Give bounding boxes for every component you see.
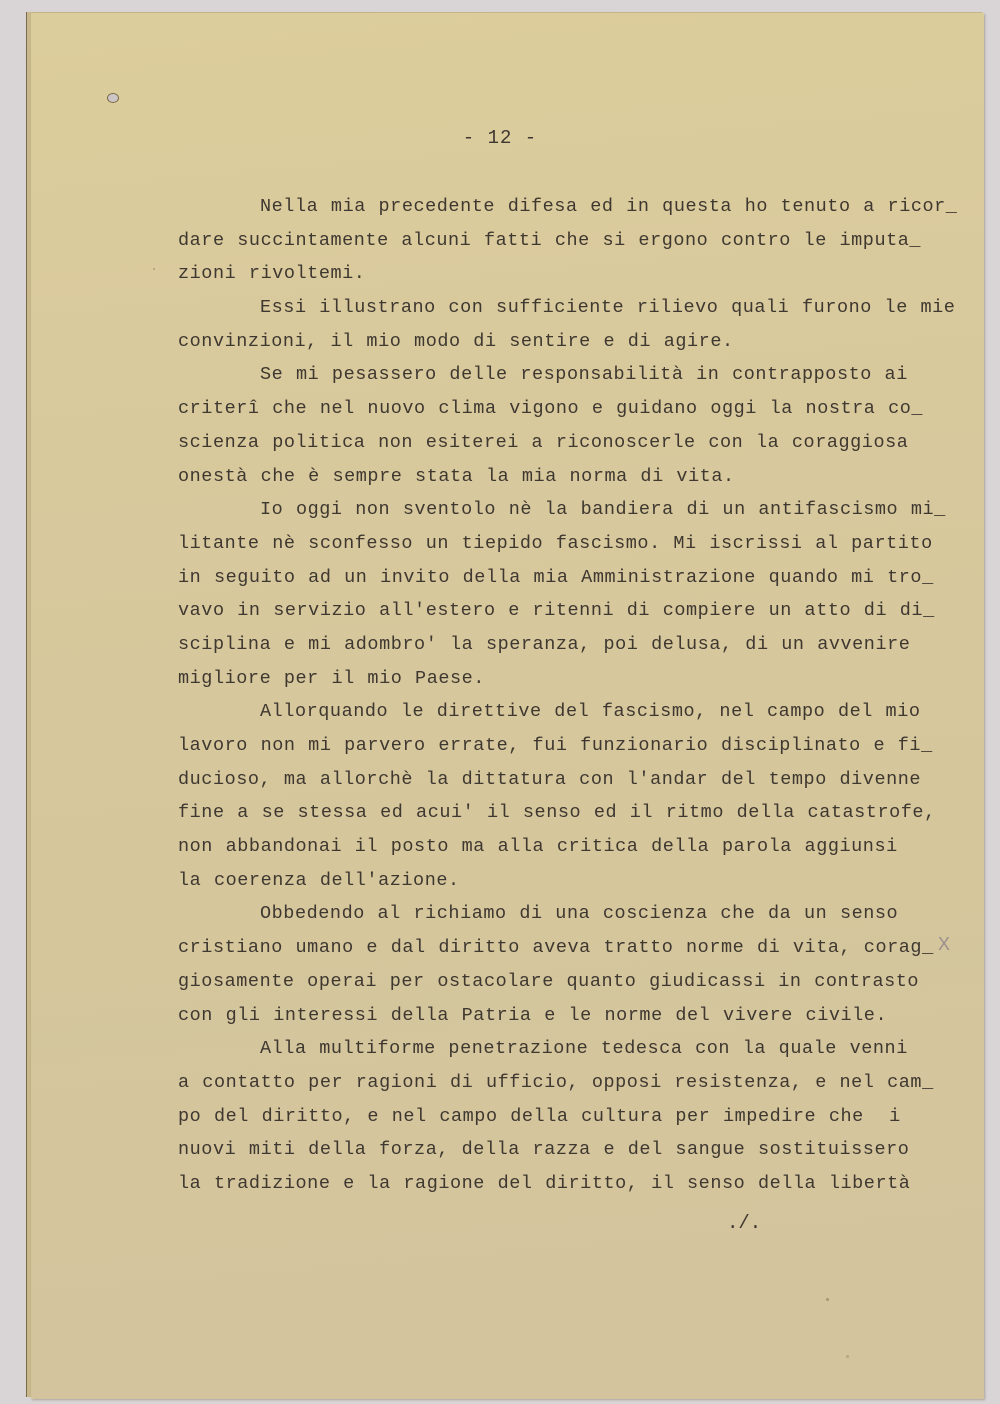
punch-hole	[107, 93, 119, 103]
text-line: nuovi miti della forza, della razza e de…	[178, 1133, 968, 1167]
text-line: Nella mia precedente difesa ed in questa…	[178, 190, 968, 224]
text-line: scienza politica non esiterei a riconosc…	[178, 426, 968, 460]
text-line: la tradizione e la ragione del diritto, …	[178, 1167, 968, 1201]
typed-body-text: Nella mia precedente difesa ed in questa…	[178, 190, 968, 1201]
paper-speck	[153, 268, 155, 270]
text-line: sciplina e mi adombro' la speranza, poi …	[178, 628, 968, 662]
paragraph: Io oggi non sventolo nè la bandiera di u…	[178, 493, 968, 695]
paragraph: Alla multiforme penetrazione tedesca con…	[178, 1032, 968, 1200]
text-line: vavo in servizio all'estero e ritenni di…	[178, 594, 968, 628]
text-line: onestà che è sempre stata la mia norma d…	[178, 460, 968, 494]
text-line: zioni rivoltemi.	[178, 257, 968, 291]
text-line: criterî che nel nuovo clima vigono e gui…	[178, 392, 968, 426]
text-line: Alla multiforme penetrazione tedesca con…	[178, 1032, 968, 1066]
text-line: Obbedendo al richiamo di una coscienza c…	[178, 897, 968, 931]
continuation-mark: ./.	[727, 1212, 761, 1234]
paragraph: Allorquando le direttive del fascismo, n…	[178, 695, 968, 897]
text-line: ducioso, ma allorchè la dittatura con l'…	[178, 763, 968, 797]
text-line: litante nè sconfesso un tiepido fascismo…	[178, 527, 968, 561]
paper-speck	[846, 1355, 849, 1358]
margin-x-mark: X	[938, 934, 950, 955]
text-line: migliore per il mio Paese.	[178, 662, 968, 696]
text-line: po del diritto, e nel campo della cultur…	[178, 1100, 968, 1134]
paragraph: Obbedendo al richiamo di una coscienza c…	[178, 897, 968, 1032]
text-line: Se mi pesassero delle responsabilità in …	[178, 358, 968, 392]
page-number: - 12 -	[0, 127, 1000, 149]
text-line: in seguito ad un invito della mia Ammini…	[178, 561, 968, 595]
text-line: cristiano umano e dal diritto aveva trat…	[178, 931, 968, 965]
text-line: la coerenza dell'azione.	[178, 864, 968, 898]
text-line: a contatto per ragioni di ufficio, oppos…	[178, 1066, 968, 1100]
paragraph: Se mi pesassero delle responsabilità in …	[178, 358, 968, 493]
paper-speck	[826, 1298, 829, 1301]
text-line: giosamente operai per ostacolare quanto …	[178, 965, 968, 999]
text-line: fine a se stessa ed acui' il senso ed il…	[178, 796, 968, 830]
text-line: lavoro non mi parvero errate, fui funzio…	[178, 729, 968, 763]
text-line: dare succintamente alcuni fatti che si e…	[178, 224, 968, 258]
paragraph: Nella mia precedente difesa ed in questa…	[178, 190, 968, 291]
text-line: non abbandonai il posto ma alla critica …	[178, 830, 968, 864]
paragraph: Essi illustrano con sufficiente rilievo …	[178, 291, 968, 358]
text-line: convinzioni, il mio modo di sentire e di…	[178, 325, 968, 359]
text-line: con gli interessi della Patria e le norm…	[178, 999, 968, 1033]
text-line: Allorquando le direttive del fascismo, n…	[178, 695, 968, 729]
text-line: Essi illustrano con sufficiente rilievo …	[178, 291, 968, 325]
text-line: Io oggi non sventolo nè la bandiera di u…	[178, 493, 968, 527]
